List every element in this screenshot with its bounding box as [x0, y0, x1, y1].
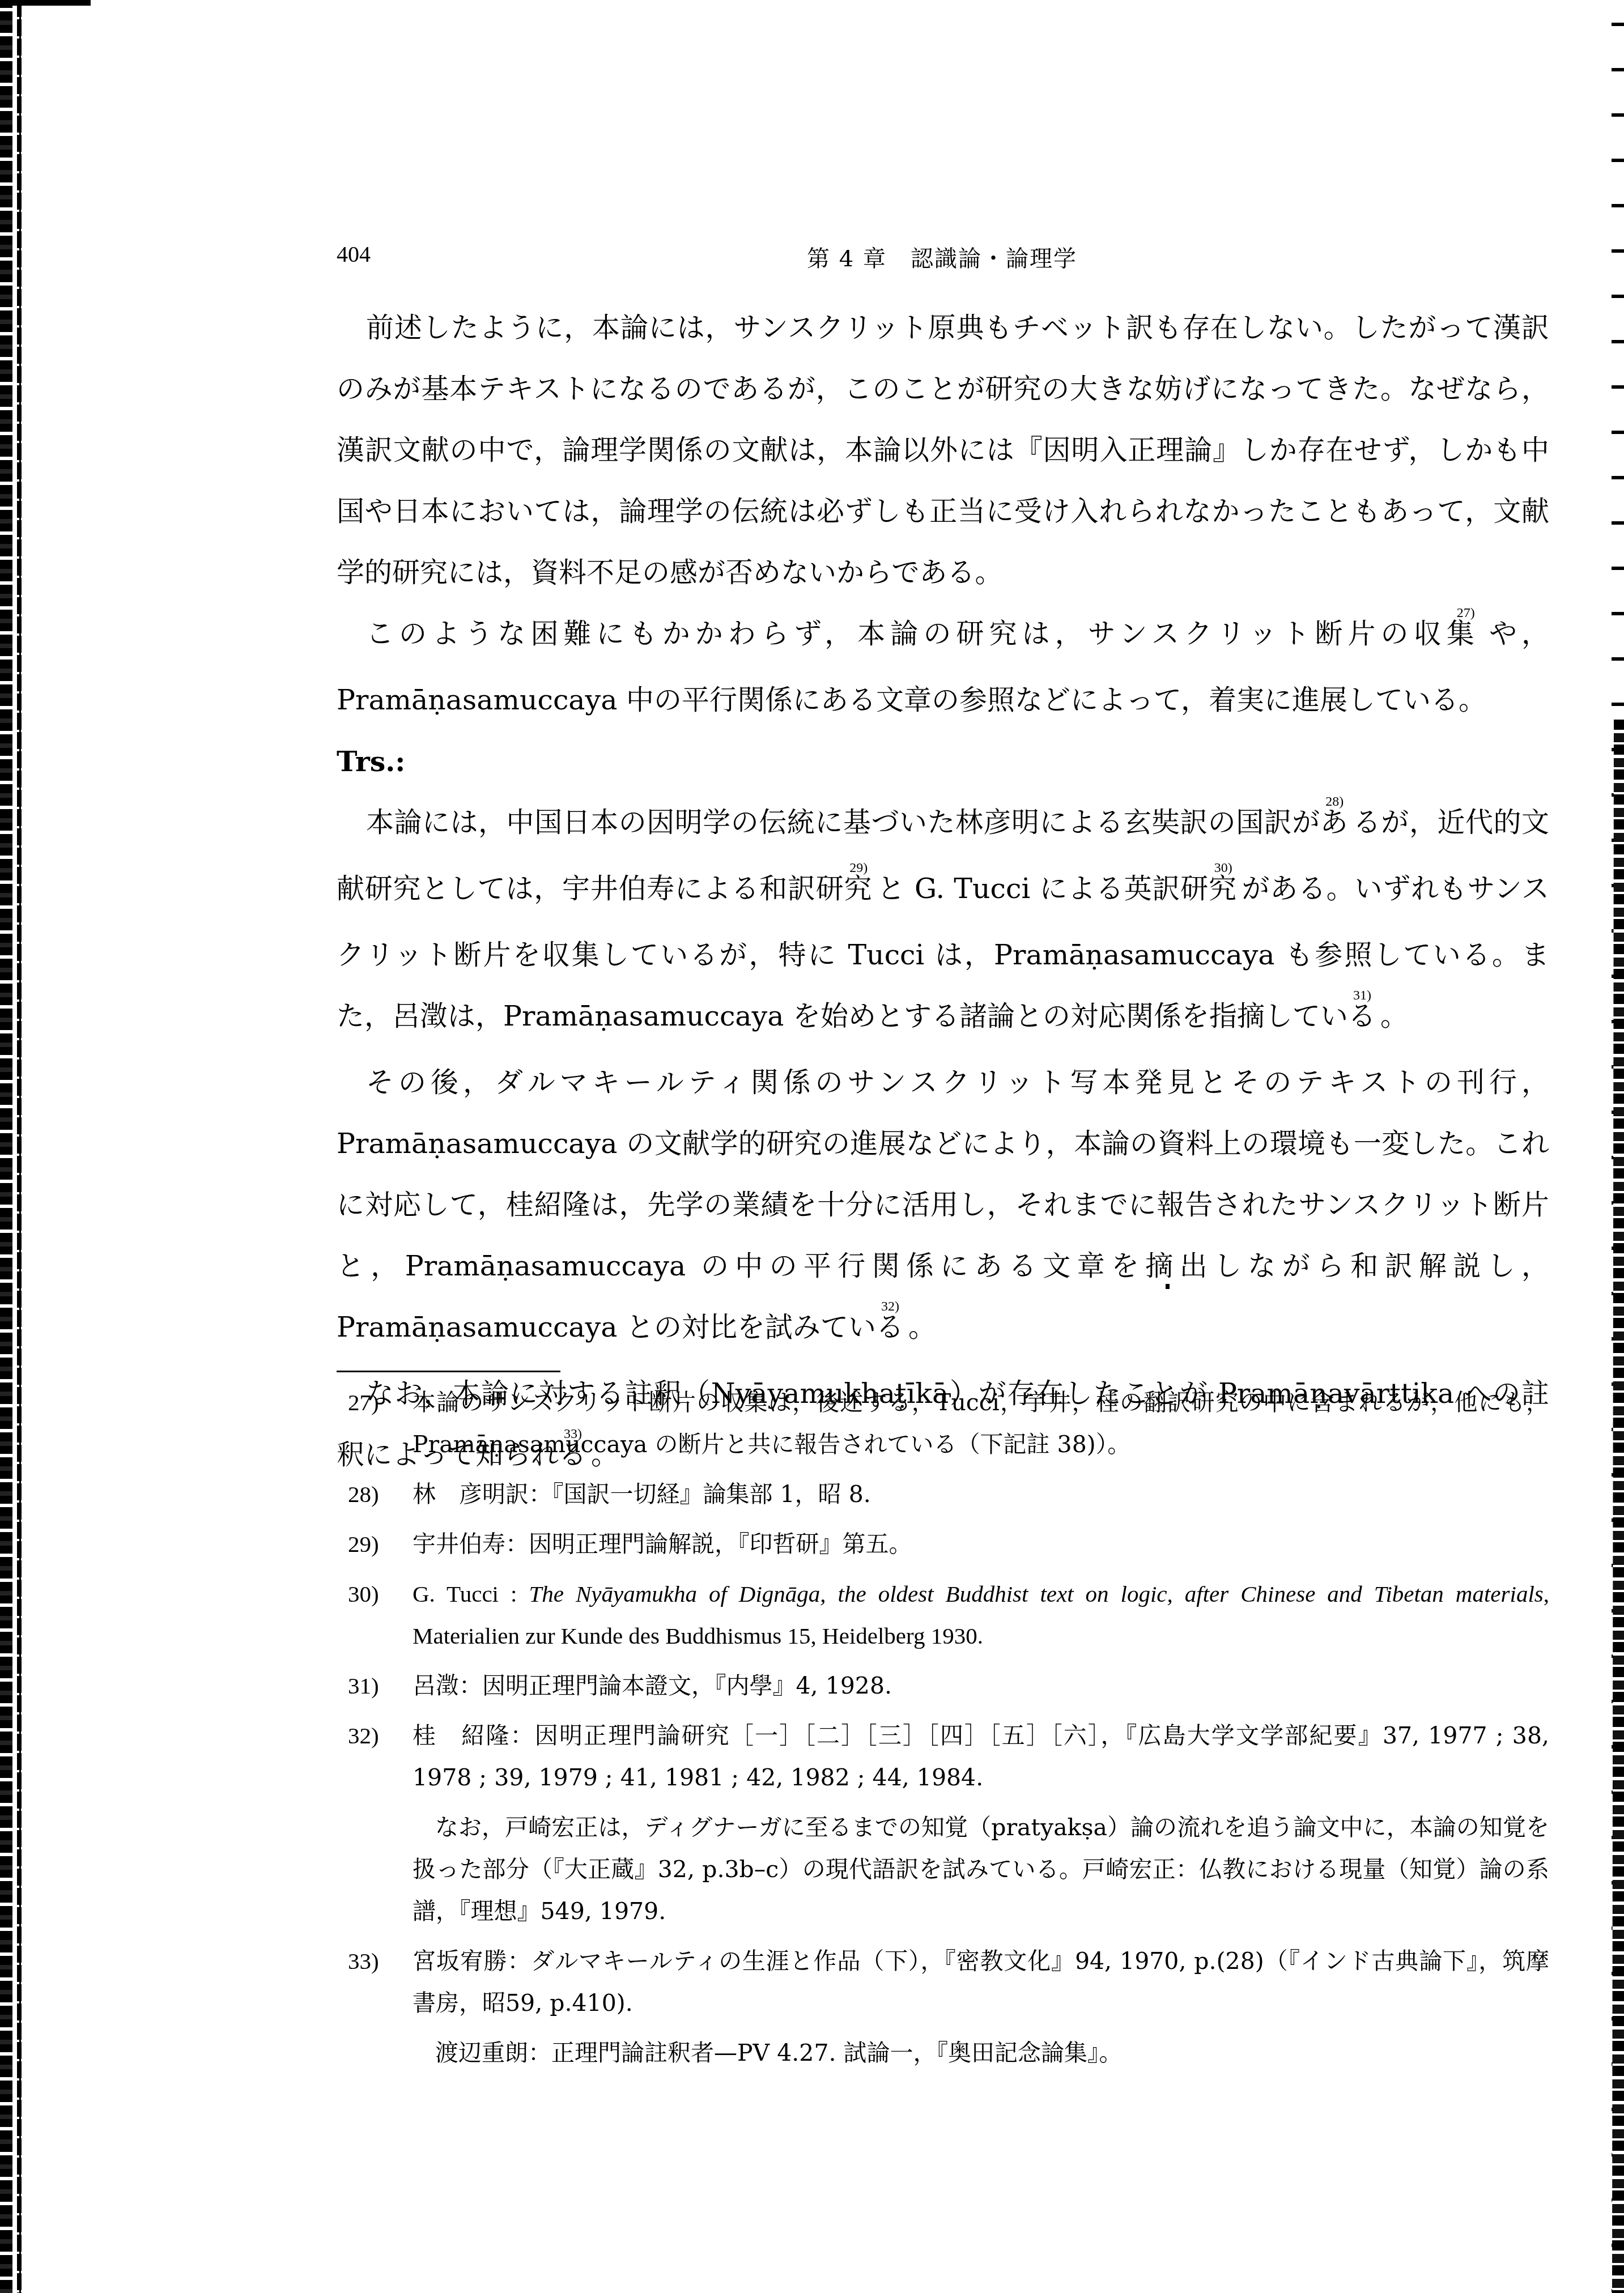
footnote-ref-27[interactable]: 27)	[1457, 606, 1475, 620]
page-number: 404	[337, 241, 371, 267]
paragraph-1: 前述したように，本論には，サンスクリット原典もチベット訳も存在しない。したがって…	[337, 297, 1549, 603]
paragraph-3-text-a: 本論には，中国日本の因明学の伝統に基づいた林彦明による玄奘訳の国訳があ	[366, 806, 1348, 839]
footnote-text: 宇井伯寿：因明正理門論解説，『印哲研』第五。	[413, 1530, 912, 1558]
footnote-number: 31)	[348, 1665, 379, 1707]
scan-binding-edge-left	[0, 0, 12, 2293]
footnote-30: 30) G. Tucci : The Nyāyamukha of Dignāga…	[337, 1573, 1549, 1657]
paragraph-4-text-b: 。	[908, 1311, 936, 1343]
footnote-number: 27)	[348, 1381, 379, 1423]
section-label-trs: Trs.:	[337, 731, 1549, 792]
footnote-number: 33)	[348, 1940, 379, 1982]
footnote-ref-30[interactable]: 30)	[1214, 861, 1232, 875]
main-text: 前述したように，本論には，サンスクリット原典もチベット訳も存在しない。したがって…	[337, 297, 1549, 1491]
footnote-book-title: The Nyāyamukha of Dignāga, the oldest Bu…	[529, 1581, 1543, 1607]
paragraph-3: 本論には，中国日本の因明学の伝統に基づいた林彦明による玄奘訳の国訳があ28)るが…	[337, 792, 1549, 1052]
paragraph-3-text-e: 。	[1380, 1000, 1408, 1032]
footnote-32-addendum: なお，戸崎宏正は，ディグナーガに至るまでの知覚（pratyakṣa）論の流れを追…	[337, 1806, 1549, 1932]
footnote-ref-31[interactable]: 31)	[1353, 988, 1371, 1003]
footnote-text: 林 彦明訳：『国訳一切経』論集部 1，昭 8.	[413, 1481, 871, 1508]
footnote-ref-28[interactable]: 28)	[1325, 794, 1344, 809]
footnote-separator-rule	[337, 1371, 560, 1372]
footnotes: 27) 本論のサンスクリット断片の収集は，後述する，Tucci，宇井，桂の翻訳研…	[337, 1381, 1549, 2082]
footnote-number: 29)	[348, 1523, 379, 1565]
footnote-27: 27) 本論のサンスクリット断片の収集は，後述する，Tucci，宇井，桂の翻訳研…	[337, 1381, 1549, 1465]
footnote-number: 32)	[348, 1715, 379, 1756]
footnote-33-addendum: 渡辺重朗：正理門論註釈者—PV 4.27. 試論一，『奥田記念論集』。	[337, 2032, 1549, 2074]
footnote-number: 30)	[348, 1573, 379, 1615]
paragraph-2-text-a: このような困難にもかかわらず，本論の研究は，サンスクリット断片の収集	[366, 618, 1480, 650]
paragraph-4: その後，ダルマキールティ関係のサンスクリット写本発見とそのテキストの刊行，Pra…	[337, 1052, 1549, 1363]
scan-edge-top	[0, 0, 91, 6]
paragraph-3-text-c: と G. Tucci による英訳研究	[877, 873, 1236, 905]
footnote-text: 呂澂：因明正理門論本證文，『内學』4, 1928.	[413, 1672, 892, 1699]
scan-edge-right-ragged	[1607, 720, 1624, 2293]
footnote-text: 桂 紹隆：因明正理門論研究［一］［二］［三］［四］［五］［六］，『広島大学文学部…	[413, 1722, 1549, 1791]
scan-binding-line	[19, 0, 21, 2293]
chapter-title: 第 4 章 認識論・論理学	[807, 241, 1077, 273]
footnote-ref-29[interactable]: 29)	[849, 861, 868, 875]
footnote-author: G. Tucci :	[413, 1581, 529, 1607]
footnote-ref-32[interactable]: 32)	[881, 1299, 899, 1314]
footnote-31: 31) 呂澂：因明正理門論本證文，『内學』4, 1928.	[337, 1665, 1549, 1707]
footnote-32: 32) 桂 紹隆：因明正理門論研究［一］［二］［三］［四］［五］［六］，『広島大…	[337, 1715, 1549, 1798]
paragraph-4-text-a: その後，ダルマキールティ関係のサンスクリット写本発見とそのテキストの刊行，Pra…	[337, 1066, 1549, 1343]
scan-speck	[1166, 1284, 1170, 1289]
footnote-number: 28)	[348, 1473, 379, 1515]
footnote-29: 29) 宇井伯寿：因明正理門論解説，『印哲研』第五。	[337, 1523, 1549, 1565]
footnote-33: 33) 宮坂宥勝：ダルマキールティの生涯と作品（下），『密教文化』94, 197…	[337, 1940, 1549, 2024]
footnote-text: 宮坂宥勝：ダルマキールティの生涯と作品（下），『密教文化』94, 1970, p…	[413, 1947, 1549, 2017]
footnote-28: 28) 林 彦明訳：『国訳一切経』論集部 1，昭 8.	[337, 1473, 1549, 1515]
paragraph-2: このような困難にもかかわらず，本論の研究は，サンスクリット断片の収集27)や，P…	[337, 603, 1549, 731]
footnote-text: 本論のサンスクリット断片の収集は，後述する，Tucci，宇井，桂の翻訳研究の中に…	[413, 1389, 1549, 1458]
running-head: 404 第 4 章 認識論・論理学	[337, 241, 1549, 275]
